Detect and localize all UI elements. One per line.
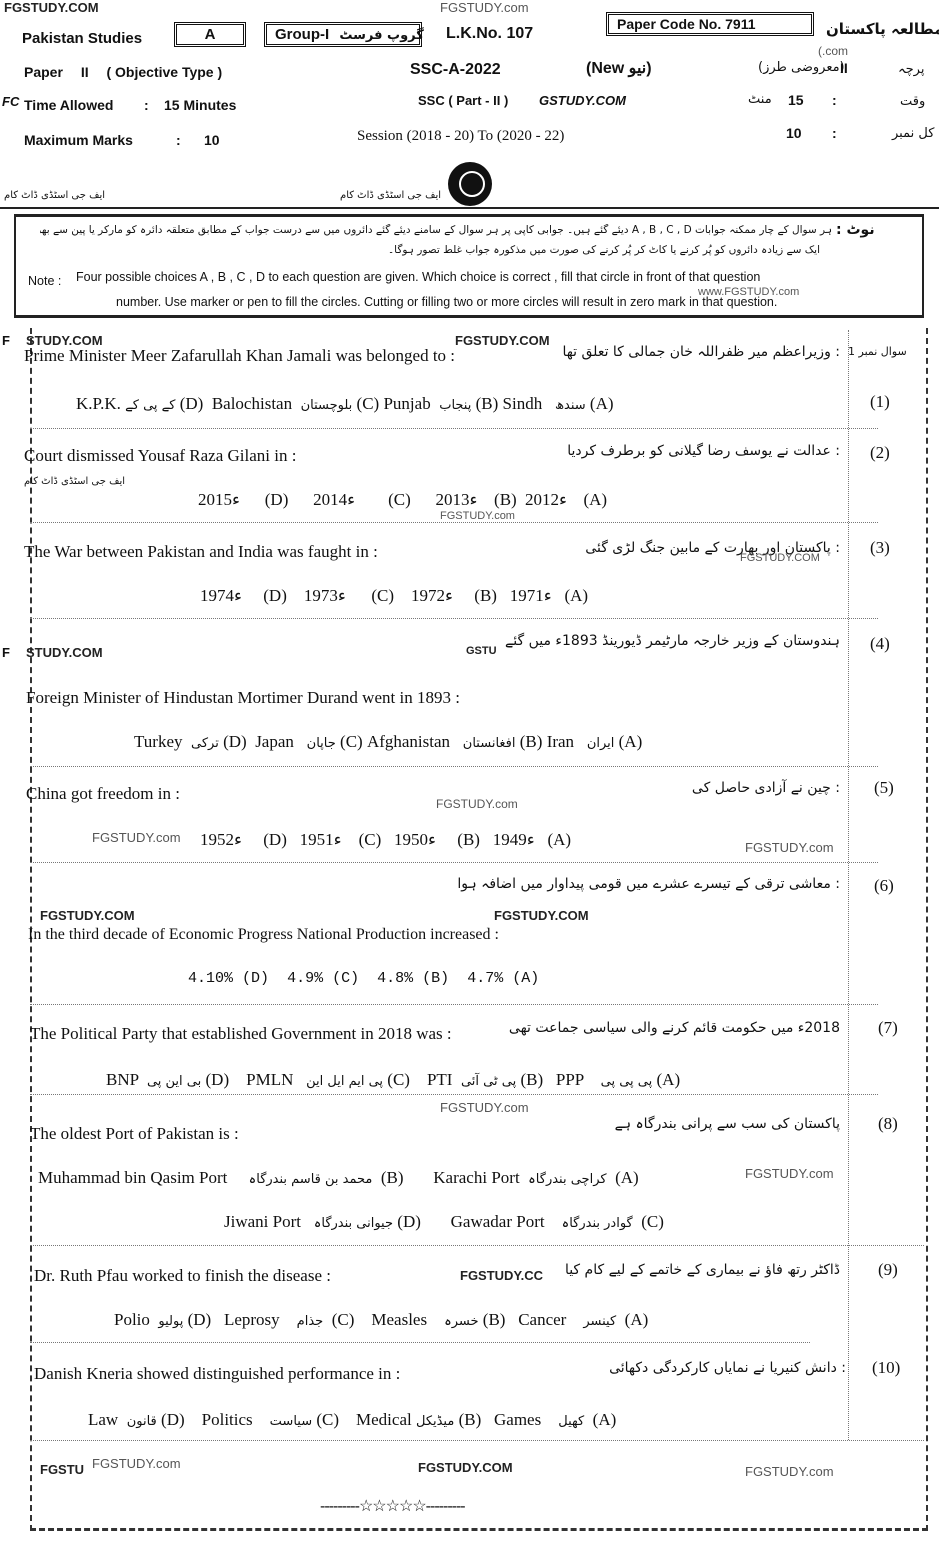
question-2-english: Court dismissed Yousaf Raza Gilani in :	[24, 446, 296, 466]
q1-option-c-english[interactable]: Balochistan	[212, 394, 292, 413]
question-5-english: China got freedom in :	[26, 784, 180, 804]
q7-option-d-letter[interactable]: (D)	[206, 1070, 230, 1089]
question-5-options: 1952ء (D) 1951ء (C) 1950ء (B) 1949ء (A)	[200, 830, 571, 850]
q1-option-a-urdu[interactable]: سندھ	[555, 398, 586, 413]
question-6-urdu: : معاشی ترقی کے تیسرے عشرے میں قومی پیدا…	[480, 876, 840, 892]
watermark-footer-left: FGSTUDY.com	[92, 1456, 181, 1471]
watermark-q6-center: FGSTUDY.COM	[494, 908, 589, 923]
paper-label-urdu: پرچہ	[898, 62, 924, 77]
q3-option-d-value[interactable]: 1974ء	[200, 586, 242, 605]
q2-option-d-letter[interactable]: (D)	[265, 490, 289, 509]
watermark-q5-left: FGSTUDY.com	[92, 830, 181, 845]
watermark-part-url: GSTUDY.COM	[539, 93, 626, 108]
q10-option-c-english[interactable]: Politics	[202, 1410, 253, 1429]
group-label: Group-I	[275, 26, 329, 43]
paper-version-box: A	[174, 22, 246, 47]
question-9-options: Polio پولیو (D) Leprosy جذام (C) Measles…	[114, 1310, 648, 1330]
note-english-line2: number. Use marker or pen to fill the ci…	[116, 295, 777, 309]
q5-option-a-letter[interactable]: (A)	[547, 830, 571, 849]
paper-type-urdu: (معروضی طرز)	[758, 60, 845, 75]
question-3-number: (3)	[870, 538, 890, 558]
q8-option-d-letter[interactable]: (D)	[397, 1212, 421, 1231]
q7-option-b-letter[interactable]: (B)	[520, 1070, 543, 1089]
marks-colon: :	[176, 132, 181, 148]
subject-title: Pakistan Studies	[22, 30, 142, 47]
watermark-q2-left-urdu: ایف جی اسٹڈی ڈاٹ کام	[24, 476, 125, 487]
question-1-number: (1)	[870, 392, 890, 412]
q10-option-d-urdu[interactable]: قانون	[127, 1414, 157, 1429]
q1-option-c-urdu[interactable]: بلوچستان	[301, 398, 353, 413]
q2-option-b-value[interactable]: 2013ء	[436, 490, 478, 509]
marks-urdu-value: 10	[786, 125, 802, 141]
q1-option-d-letter[interactable]: (D)	[180, 394, 204, 413]
watermark-q5-center: FGSTUDY.com	[436, 797, 518, 811]
question-9-number: (9)	[878, 1260, 898, 1280]
q5-option-d-value[interactable]: 1952ء	[200, 830, 242, 849]
marks-urdu-colon: :	[832, 125, 837, 141]
question-7-options: BNP بی این پی (D) PMLN پی ایم ایل این (C…	[106, 1070, 680, 1090]
question-8-number: (8)	[878, 1114, 898, 1134]
q6-option-d-letter[interactable]: (D)	[242, 970, 269, 987]
watermark-side-fc: FC	[2, 94, 19, 109]
q5-option-c-value[interactable]: 1951ء	[300, 830, 342, 849]
q9-option-d-urdu[interactable]: پولیو	[158, 1314, 183, 1329]
minutes-urdu: منٹ	[748, 92, 772, 107]
q8-option-a-letter[interactable]: (A)	[615, 1168, 639, 1187]
question-4-english: Foreign Minister of Hindustan Mortimer D…	[26, 688, 460, 708]
group-label-urdu: گروپ فرسٹ	[339, 28, 423, 43]
q8-option-d-urdu[interactable]: جیوانی بندرگاہ	[314, 1216, 393, 1231]
q2-option-c-value[interactable]: 2014ء	[313, 490, 355, 509]
question-4-options: Turkey ترکی (D) Japan جاپان (C) Afghanis…	[134, 732, 642, 752]
q9-option-d-english[interactable]: Polio	[114, 1310, 150, 1329]
watermark-top-center: FGSTUDY.com	[440, 0, 529, 15]
q4-option-d-urdu[interactable]: ترکی	[191, 736, 219, 751]
q1-option-b-letter[interactable]: (B)	[476, 394, 499, 413]
q9-option-a-letter[interactable]: (A)	[625, 1310, 649, 1329]
question-6-options: 4.10% (D) 4.9% (C) 4.8% (B) 4.7% (A)	[188, 970, 539, 987]
end-of-paper-stars: ---------☆☆☆☆☆---------	[320, 1496, 465, 1516]
q7-option-d-urdu[interactable]: بی این پی	[147, 1074, 201, 1089]
q7-option-b-english[interactable]: PTI	[427, 1070, 453, 1089]
subject-title-urdu: مطالعہ پاکستان	[826, 20, 939, 38]
q3-option-d-letter[interactable]: (D)	[263, 586, 287, 605]
question-5-number: (5)	[874, 778, 894, 798]
q6-option-b-value[interactable]: 4.8%	[377, 970, 413, 987]
watermark-q3-right: FGSTUDY.COM	[740, 552, 820, 564]
q2-option-a-letter[interactable]: (A)	[583, 490, 607, 509]
marks-label-urdu: کل نمبر	[892, 126, 934, 141]
q1-option-b-urdu[interactable]: پنجاب	[439, 398, 471, 413]
q8-option-b-urdu[interactable]: محمد بن قاسم بندرگاہ	[249, 1172, 373, 1187]
max-marks-label: Maximum Marks	[24, 132, 133, 148]
q9-option-b-letter[interactable]: (B)	[483, 1310, 506, 1329]
q5-option-d-letter[interactable]: (D)	[263, 830, 287, 849]
question-3-english: The War between Pakistan and India was f…	[24, 542, 378, 562]
q7-option-a-letter[interactable]: (A)	[657, 1070, 681, 1089]
question-divider	[30, 618, 878, 619]
note-label-english: Note :	[28, 274, 61, 288]
q10-option-a-letter[interactable]: (A)	[593, 1410, 617, 1429]
q4-option-d-letter[interactable]: (D)	[223, 732, 247, 751]
q10-option-c-urdu[interactable]: سیاست	[270, 1414, 312, 1429]
question-2-number: (2)	[870, 443, 890, 463]
q1-option-c-letter[interactable]: (C)	[357, 394, 380, 413]
q9-option-a-urdu[interactable]: کینسر	[583, 1314, 616, 1329]
q1-option-b-english[interactable]: Punjab	[383, 394, 430, 413]
q4-option-c-letter[interactable]: (C)	[340, 732, 363, 751]
question-4-number: (4)	[870, 634, 890, 654]
question-9-english: Dr. Ruth Pfau worked to finish the disea…	[34, 1266, 331, 1286]
q4-option-c-urdu[interactable]: جاپان	[307, 736, 336, 751]
time-urdu-colon: :	[832, 92, 837, 108]
question-4-urdu: ہندوستان کے وزیر خارجہ مارٹیمر ڈیورینڈ 1…	[500, 633, 840, 649]
q7-option-a-urdu[interactable]: پی پی پی	[601, 1074, 653, 1089]
watermark-q4-center: GSTU	[466, 645, 497, 657]
header-divider	[0, 207, 939, 209]
watermark-header-url: (.com	[818, 44, 848, 58]
group-box: Group-I گروپ فرسٹ	[264, 22, 422, 47]
question-7-english: The Political Party that established Gov…	[30, 1024, 452, 1044]
q2-option-c-letter[interactable]: (C)	[388, 490, 411, 509]
question-5-urdu: : چین نے آزادی حاصل کی	[620, 780, 840, 796]
q7-option-c-letter[interactable]: (C)	[387, 1070, 410, 1089]
time-colon: :	[144, 97, 149, 113]
question-divider	[30, 1342, 810, 1343]
q7-option-d-english[interactable]: BNP	[106, 1070, 138, 1089]
watermark-q2-bottom: FGSTUDY.com	[440, 510, 515, 522]
q4-option-a-letter[interactable]: (A)	[619, 732, 643, 751]
note-english-line1: Four possible choices A , B , C , D to e…	[76, 270, 760, 284]
question-3-options: 1974ء (D) 1973ء (C) 1972ء (B) 1971ء (A)	[200, 586, 588, 606]
q3-option-a-value[interactable]: 1971ء	[510, 586, 552, 605]
q6-option-c-value[interactable]: 4.9%	[287, 970, 323, 987]
q6-option-b-letter[interactable]: (B)	[422, 970, 449, 987]
question-7-number: (7)	[878, 1018, 898, 1038]
q6-option-c-letter[interactable]: (C)	[332, 970, 359, 987]
q3-option-b-letter[interactable]: (B)	[474, 586, 497, 605]
watermark-urdu-center: ایف جی اسٹڈی ڈاٹ کام	[340, 190, 441, 201]
question-10-options: Law قانون (D) Politics سیاست (C) Medical…	[88, 1410, 616, 1430]
q9-option-c-urdu[interactable]: جذام	[297, 1314, 324, 1329]
q10-option-a-english[interactable]: Games	[494, 1410, 541, 1429]
q7-option-c-english[interactable]: PMLN	[246, 1070, 293, 1089]
question-1-english: Prime Minister Meer Zafarullah Khan Jama…	[24, 346, 455, 366]
question-8-urdu: پاکستان کی سب سے پرانی بندرگاہ ہے	[600, 1116, 840, 1132]
note-urdu-line1: ہر سوال کے چار ممکنہ جوابات A , B , C , …	[40, 224, 832, 236]
q3-option-c-letter[interactable]: (C)	[371, 586, 394, 605]
new-scheme-label: (New نیو)	[586, 58, 652, 78]
question-2-options: 2015ء (D) 2014ء (C) 2013ء (B) 2012ء (A)	[198, 490, 607, 510]
watermark-q8-right: FGSTUDY.com	[745, 1166, 834, 1181]
watermark-q9-center: FGSTUDY.CC	[460, 1268, 543, 1283]
q8-option-a-urdu[interactable]: کراچی بندرگاہ	[528, 1172, 606, 1187]
q8-option-c-letter[interactable]: (C)	[641, 1212, 664, 1231]
q9-option-b-english[interactable]: Measles	[371, 1310, 427, 1329]
q10-option-b-urdu[interactable]: میڈیکل	[416, 1414, 454, 1429]
question-8-options-row1: Muhammad bin Qasim Port محمد بن قاسم بند…	[38, 1168, 639, 1188]
q5-option-b-value[interactable]: 1950ء	[394, 830, 436, 849]
paper-no-urdu: II	[840, 60, 848, 76]
lk-number: L.K.No. 107	[446, 25, 533, 43]
question-divider	[30, 1004, 878, 1005]
q10-option-a-urdu[interactable]: کھیل	[558, 1414, 584, 1429]
watermark-q6-left: FGSTUDY.COM	[40, 908, 135, 923]
q4-option-b-english[interactable]: Afghanistan	[367, 732, 450, 751]
question-divider	[30, 766, 878, 767]
question-7-urdu: 2018ء میں حکومت قائم کرنے والی سیاسی جما…	[570, 1020, 840, 1036]
watermark-urdu-left: ایف جی اسٹڈی ڈاٹ کام	[4, 190, 105, 201]
exam-title: SSC-A-2022	[410, 61, 501, 79]
watermark-footer-left-bold: FGSTU	[40, 1462, 84, 1477]
question-10-urdu: : دانش کنیریا نے نمایاں کارکردگی دکھائی	[610, 1360, 846, 1376]
question-divider	[30, 522, 878, 523]
question-6-english: In the third decade of Economic Progress…	[28, 926, 499, 944]
q10-option-c-letter[interactable]: (C)	[316, 1410, 339, 1429]
q1-option-a-letter[interactable]: (A)	[590, 394, 614, 413]
question-8-options-row2: Jiwani Port جیوانی بندرگاہ (D) Gawadar P…	[224, 1212, 664, 1232]
question-10-number: (10)	[872, 1358, 900, 1378]
session-label: Session (2018 - 20) To (2020 - 22)	[357, 128, 564, 145]
q4-option-b-letter[interactable]: (B)	[520, 732, 543, 751]
watermark-q5-right: FGSTUDY.com	[745, 840, 834, 855]
question-2-urdu: : عدالت نے یوسف رضا گیلانی کو برطرف کردی…	[590, 443, 840, 459]
watermark-side-f: F	[2, 333, 10, 348]
q1-option-a-english[interactable]: Sindh	[503, 394, 543, 413]
watermark-footer-right: FGSTUDY.com	[745, 1464, 834, 1479]
q7-option-c-urdu[interactable]: پی ایم ایل این	[306, 1074, 383, 1089]
question-6-number: (6)	[874, 876, 894, 896]
question-10-english: Danish Kneria showed distinguished perfo…	[34, 1364, 400, 1384]
q9-option-b-urdu[interactable]: خسرہ	[444, 1314, 478, 1329]
time-label-urdu: وقت	[900, 94, 925, 109]
question-8-english: The oldest Port of Pakistan is :	[30, 1124, 239, 1144]
part-label: SSC ( Part - II )	[418, 93, 508, 108]
note-label-urdu: نوٹ :	[836, 222, 875, 238]
q1-option-d-english[interactable]: K.P.K.	[76, 394, 121, 413]
q5-option-b-letter[interactable]: (B)	[457, 830, 480, 849]
q4-option-d-english[interactable]: Turkey	[134, 732, 183, 751]
number-column-divider	[848, 330, 849, 1440]
question-divider	[30, 1094, 878, 1095]
q8-option-c-urdu[interactable]: گوادر بندرگاہ	[562, 1216, 633, 1231]
question-divider	[30, 428, 878, 429]
question-header-urdu: سوال نمبر 1	[848, 345, 907, 358]
q6-option-a-letter[interactable]: (A)	[512, 970, 539, 987]
q5-option-a-value[interactable]: 1949ء	[493, 830, 535, 849]
q4-option-c-english[interactable]: Japan	[255, 732, 294, 751]
q9-option-d-letter[interactable]: (D)	[188, 1310, 212, 1329]
watermark-top-left: FGSTUDY.COM	[4, 0, 99, 15]
q9-option-c-letter[interactable]: (C)	[332, 1310, 355, 1329]
max-marks-value: 10	[204, 132, 220, 148]
question-divider	[30, 862, 878, 863]
watermark-q1-center: FGSTUDY.COM	[455, 333, 550, 348]
q7-option-b-urdu[interactable]: پی ٹی آئی	[461, 1074, 516, 1089]
q3-option-a-letter[interactable]: (A)	[564, 586, 588, 605]
paper-label: Paper II ( Objective Type )	[24, 64, 222, 80]
watermark-q4-left: STUDY.COM	[26, 645, 103, 660]
question-1-options: K.P.K. کے پی کے (D) Balochistan بلوچستان…	[76, 394, 614, 414]
watermark-footer-center: FGSTUDY.COM	[418, 1460, 513, 1475]
time-allowed-value: 15 Minutes	[164, 97, 236, 113]
q2-option-d-value[interactable]: 2015ء	[198, 490, 240, 509]
time-urdu-value: 15	[788, 92, 804, 108]
note-urdu-line2: ایک سے زیادہ دائروں کو پُر کرنے یا کاٹ ک…	[340, 244, 820, 256]
watermark-q8-top: FGSTUDY.com	[440, 1100, 529, 1115]
q2-option-b-letter[interactable]: (B)	[494, 490, 517, 509]
q9-option-c-english[interactable]: Leprosy	[224, 1310, 280, 1329]
q10-option-b-letter[interactable]: (B)	[459, 1410, 482, 1429]
time-allowed-label: Time Allowed	[24, 97, 113, 113]
q8-option-b-letter[interactable]: (B)	[381, 1168, 404, 1187]
question-9-urdu: ڈاکٹر رتھ فاؤ نے بیماری کے خاتمے کے لیے …	[580, 1262, 840, 1278]
q8-option-a-english[interactable]: Karachi Port	[433, 1168, 519, 1187]
q10-option-d-english[interactable]: Law	[88, 1410, 118, 1429]
question-divider	[30, 1245, 924, 1246]
q4-option-a-english[interactable]: Iran	[547, 732, 574, 751]
q6-option-a-value[interactable]: 4.7%	[467, 970, 503, 987]
q6-option-d-value[interactable]: 4.10%	[188, 970, 233, 987]
paper-code-box: Paper Code No. 7911	[606, 12, 814, 36]
q3-option-b-value[interactable]: 1972ء	[411, 586, 453, 605]
question-divider	[30, 1440, 924, 1441]
q1-option-d-urdu[interactable]: کے پی کے	[125, 398, 175, 413]
q10-option-d-letter[interactable]: (D)	[161, 1410, 185, 1429]
q5-option-c-letter[interactable]: (C)	[359, 830, 382, 849]
q3-option-c-value[interactable]: 1973ء	[304, 586, 346, 605]
q2-option-a-value[interactable]: 2012ء	[525, 490, 567, 509]
q4-option-b-urdu[interactable]: افغانستان	[463, 736, 516, 751]
q10-option-b-english[interactable]: Medical	[356, 1410, 412, 1429]
q8-option-b-english[interactable]: Muhammad bin Qasim Port	[38, 1168, 227, 1187]
q8-option-d-english[interactable]: Jiwani Port	[224, 1212, 301, 1231]
q4-option-a-urdu[interactable]: ایران	[587, 736, 615, 751]
q7-option-a-english[interactable]: PPP	[556, 1070, 584, 1089]
q8-option-c-english[interactable]: Gawadar Port	[451, 1212, 545, 1231]
question-1-urdu: : وزیراعظم میر ظفراللہ خان جمالی کا تعلق…	[594, 344, 840, 360]
q9-option-a-english[interactable]: Cancer	[518, 1310, 566, 1329]
watermark-side-f: F	[2, 645, 10, 660]
board-logo-icon	[448, 162, 492, 206]
